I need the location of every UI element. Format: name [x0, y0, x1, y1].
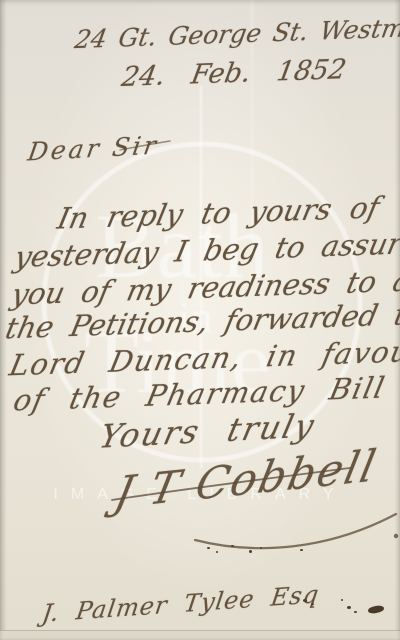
closing-line: Yours truly	[96, 406, 320, 456]
paper-bottom-edge	[0, 630, 400, 640]
date-line: 24. Feb. 1852	[119, 54, 348, 93]
addressee-line: J. Palmer Tylee Esq	[40, 580, 321, 628]
letter-photo: Bath in Time IMAGE LIBRARY 24 Gt. George…	[0, 0, 400, 640]
address-line: 24 Gt. George St. Westminster	[73, 11, 400, 54]
salutation: Dear Sir	[26, 130, 161, 166]
